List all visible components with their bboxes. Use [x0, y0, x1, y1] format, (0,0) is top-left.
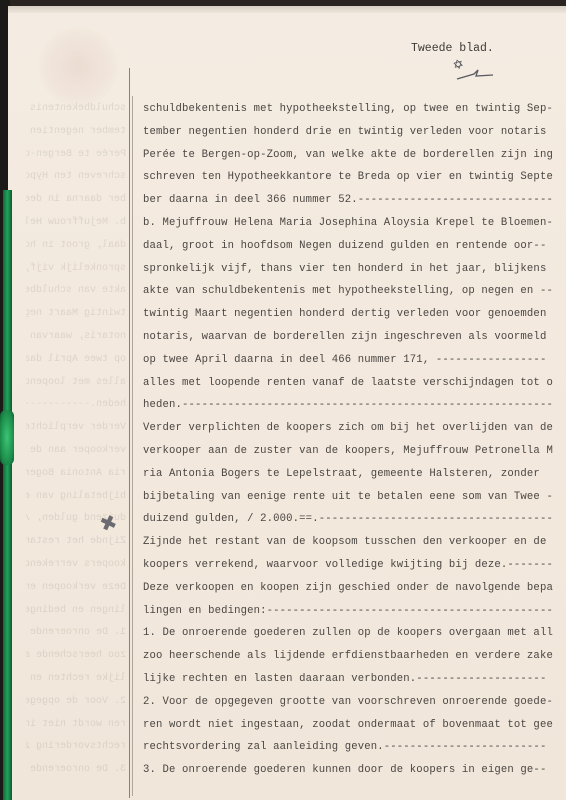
text-line: schreven ten Hypotheekkantore te Breda o… [143, 166, 566, 189]
text-line: akte van schuldbekentenis met hypotheeks… [143, 280, 566, 303]
text-line: verkooper aan de zuster van de koopers, … [143, 440, 566, 463]
text-line: bijbetaling van eenige rente uit te beta… [143, 486, 566, 509]
text-line: lijke rechten en lasten daaraan verbonde… [143, 668, 566, 691]
text-line: ria Antonia Bogers te Lepelstraat, gemee… [143, 463, 566, 486]
document-page: schuldbekentenis m tember negentien h Pe… [8, 6, 566, 800]
text-line: Deze verkoopen en koopen zijn geschied o… [143, 577, 566, 600]
signature-icon [456, 68, 494, 80]
ribbon-knot [0, 410, 14, 465]
text-line: schuldbekentenis met hypotheekstelling, … [143, 98, 566, 121]
text-line: b. Mejuffrouw Helena Maria Josephina Alo… [143, 212, 566, 235]
text-line: rechtsvordering zal aanleiding geven.---… [143, 736, 566, 759]
text-line: koopers verrekend, waarvoor volledige kw… [143, 554, 566, 577]
text-line: op twee April daarna in deel 466 nummer … [143, 349, 566, 372]
green-binding-ribbon [3, 190, 12, 800]
text-line: spronkelijk vijf, thans vier ten honderd… [143, 258, 566, 281]
text-line: Zijnde het restant van de koopsom tussch… [143, 531, 566, 554]
faded-stamp [38, 26, 118, 106]
document-body: schuldbekentenis met hypotheekstelling, … [143, 98, 566, 782]
text-line: ren wordt niet ingestaan, zoodat onderma… [143, 714, 566, 737]
margin-rule [129, 68, 130, 798]
text-line: tember negentien honderd drie en twintig… [143, 121, 566, 144]
text-line: twintig Maart negentien honderd dertig v… [143, 303, 566, 326]
text-line: alles met loopende renten vanaf de laats… [143, 372, 566, 395]
bleed-through-text: schuldbekentenis m tember negentien h Pe… [26, 98, 126, 788]
text-line: notaris, waarvan de borderellen zijn ing… [143, 326, 566, 349]
page-header: Tweede blad. [411, 42, 494, 55]
text-line: 1. De onroerende goederen zullen op de k… [143, 622, 566, 645]
text-line: lingen en bedingen:---------------------… [143, 600, 566, 623]
text-line: heden.----------------------------------… [143, 394, 566, 417]
text-line: Perée te Bergen-op-Zoom, van welke akte … [143, 144, 566, 167]
text-line: ber daarna in deel 366 nummer 52.-------… [143, 189, 566, 212]
text-line: duizend gulden, / 2.000.==.-------------… [143, 508, 566, 531]
page-top-edge [8, 6, 566, 13]
text-line: zoo heerschende als lijdende erfdienstba… [143, 645, 566, 668]
text-line: 3. De onroerende goederen kunnen door de… [143, 759, 566, 782]
text-line: daal, groot in hoofdsom Negen duizend gu… [143, 235, 566, 258]
text-line: 2. Voor de opgegeven grootte van voorsch… [143, 691, 566, 714]
text-line: Verder verplichten de koopers zich om bi… [143, 417, 566, 440]
margin-rule-inner [132, 96, 133, 796]
